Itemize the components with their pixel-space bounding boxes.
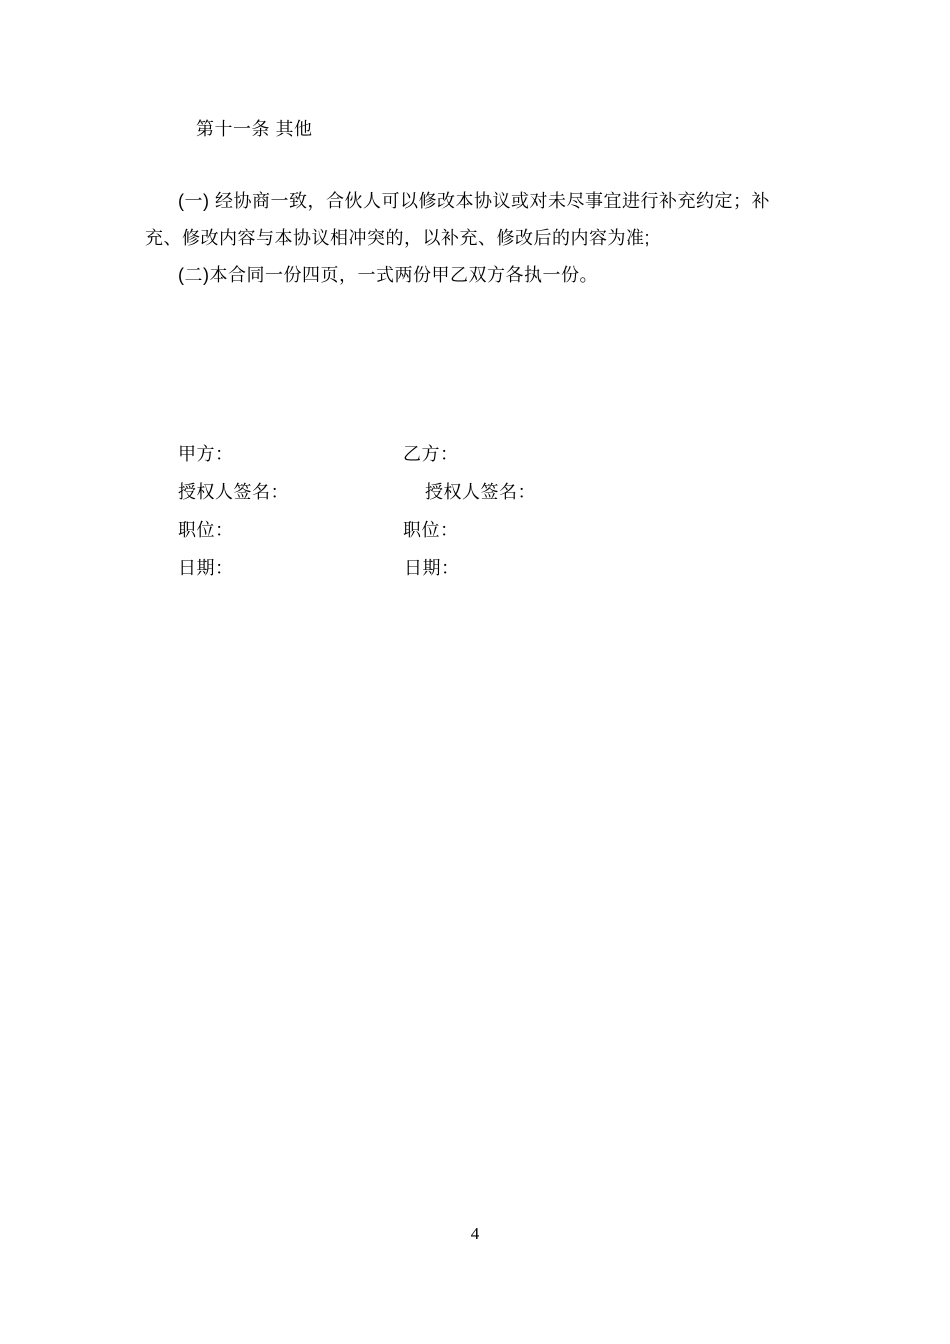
clause-1-line-1: (一) 经协商一致，合伙人可以修改本协议或对未尽事宜进行补充约定；补: [178, 191, 770, 213]
signature-party-a-label: 甲方：: [178, 444, 234, 466]
clause-2-line-1: (二)本合同一份四页，一式两份甲乙双方各执一份。: [178, 265, 598, 287]
signature-position-b-label: 职位：: [403, 520, 459, 542]
article-heading: 第十一条 其他: [196, 119, 313, 141]
page-number: 4: [0, 1224, 950, 1244]
contract-document-page: 第十一条 其他 (一) 经协商一致，合伙人可以修改本协议或对未尽事宜进行补充约定…: [0, 0, 950, 1344]
signature-party-b-label: 乙方：: [403, 444, 459, 466]
signature-authorized-signer-a-label: 授权人签名：: [178, 482, 289, 504]
signature-date-b-label: 日期：: [404, 558, 460, 580]
signature-position-a-label: 职位：: [178, 520, 234, 542]
signature-date-a-label: 日期：: [178, 558, 234, 580]
clause-1-line-2: 充、修改内容与本协议相冲突的，以补充、修改后的内容为准;: [145, 228, 650, 250]
signature-authorized-signer-b-label: 授权人签名：: [425, 482, 536, 504]
